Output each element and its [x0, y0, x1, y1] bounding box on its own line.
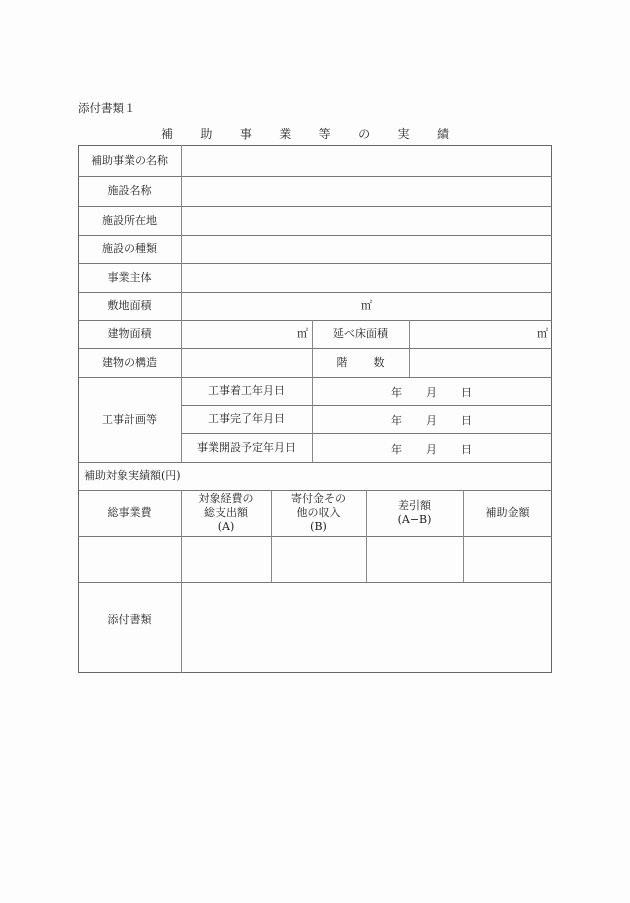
title-char: 事 [239, 125, 253, 142]
label-facility-location: 施設所在地 [78, 206, 181, 235]
input-operator[interactable] [181, 263, 552, 292]
label-total-floor-area: 延べ床面積 [312, 320, 409, 348]
header-line: 補助金額 [486, 506, 530, 520]
header-subsidy-amount: 補助金額 [463, 490, 552, 536]
header-difference: 差引額 (A−B) [366, 490, 463, 536]
label-business-opening: 事業開設予定年月日 [181, 433, 312, 462]
label-operator: 事業主体 [78, 263, 181, 292]
title-char: 補 [160, 125, 174, 142]
label-project-name: 補助事業の名称 [78, 145, 181, 176]
label-subsidy-results: 補助対象実績額(円) [78, 462, 552, 490]
input-subsidy-amount[interactable] [463, 536, 552, 582]
input-building-area[interactable]: ㎡ [181, 320, 312, 348]
label-site-area: 敷地面積 [78, 292, 181, 320]
input-project-name[interactable] [181, 145, 552, 176]
title-char: 実 [397, 125, 411, 142]
document-title: 補 助 事 業 等 の 実 績 [160, 125, 450, 142]
day-label: 日 [461, 412, 472, 428]
label-building-area: 建物面積 [78, 320, 181, 348]
input-facility-type[interactable] [181, 235, 552, 263]
input-total-cost[interactable] [78, 536, 181, 582]
year-label: 年 [391, 384, 402, 400]
label-facility-name: 施設名称 [78, 176, 181, 206]
title-char: 績 [436, 125, 450, 142]
label-floors: 階数 [312, 348, 409, 377]
input-eligible-expenditure[interactable] [181, 536, 271, 582]
input-facility-location[interactable] [181, 206, 552, 235]
year-label: 年 [391, 412, 402, 428]
label-facility-type: 施設の種類 [78, 235, 181, 263]
year-label: 年 [391, 441, 402, 457]
header-total-cost: 総事業費 [78, 490, 181, 536]
input-floors[interactable] [409, 348, 552, 377]
label-attachments: 添付書類 [78, 582, 181, 657]
input-difference[interactable] [366, 536, 463, 582]
header-line: (B) [310, 520, 327, 534]
header-line: (A) [218, 520, 235, 534]
unit-sqm: ㎡ [537, 327, 548, 341]
header-line: 寄付金その [291, 492, 346, 506]
header-line: 総支出額 [204, 506, 248, 520]
title-char: 助 [199, 125, 213, 142]
header-line: 対象経費の [199, 492, 254, 506]
month-label: 月 [426, 412, 437, 428]
input-attachments[interactable] [181, 582, 552, 673]
header-line: 総事業費 [108, 506, 152, 520]
day-label: 日 [461, 441, 472, 457]
input-facility-name[interactable] [181, 176, 552, 206]
unit-sqm: ㎡ [361, 299, 372, 313]
label-building-structure: 建物の構造 [78, 348, 181, 377]
floors-label-b: 数 [374, 356, 385, 370]
label-construction-start: 工事着工年月日 [181, 377, 312, 405]
header-line: 差引額 [398, 499, 431, 513]
label-construction-plan: 工事計画等 [78, 377, 181, 462]
title-char: の [357, 125, 371, 142]
input-building-structure[interactable] [181, 348, 312, 377]
input-total-floor-area[interactable]: ㎡ [409, 320, 552, 348]
month-label: 月 [426, 384, 437, 400]
title-char: 等 [318, 125, 332, 142]
input-site-area[interactable]: ㎡ [181, 292, 552, 320]
unit-sqm: ㎡ [297, 327, 308, 341]
header-eligible-expenditure: 対象経費の 総支出額 (A) [181, 490, 271, 536]
header-donations-other-income: 寄付金その 他の収入 (B) [271, 490, 366, 536]
title-char: 業 [278, 125, 292, 142]
input-donations-other-income[interactable] [271, 536, 366, 582]
floors-label-a: 階 [337, 356, 348, 370]
header-line: (A−B) [398, 513, 432, 527]
header-line: 他の収入 [297, 506, 341, 520]
month-label: 月 [426, 441, 437, 457]
label-construction-complete: 工事完了年月日 [181, 405, 312, 433]
attachment-label: 添付書類１ [78, 100, 136, 116]
day-label: 日 [461, 384, 472, 400]
